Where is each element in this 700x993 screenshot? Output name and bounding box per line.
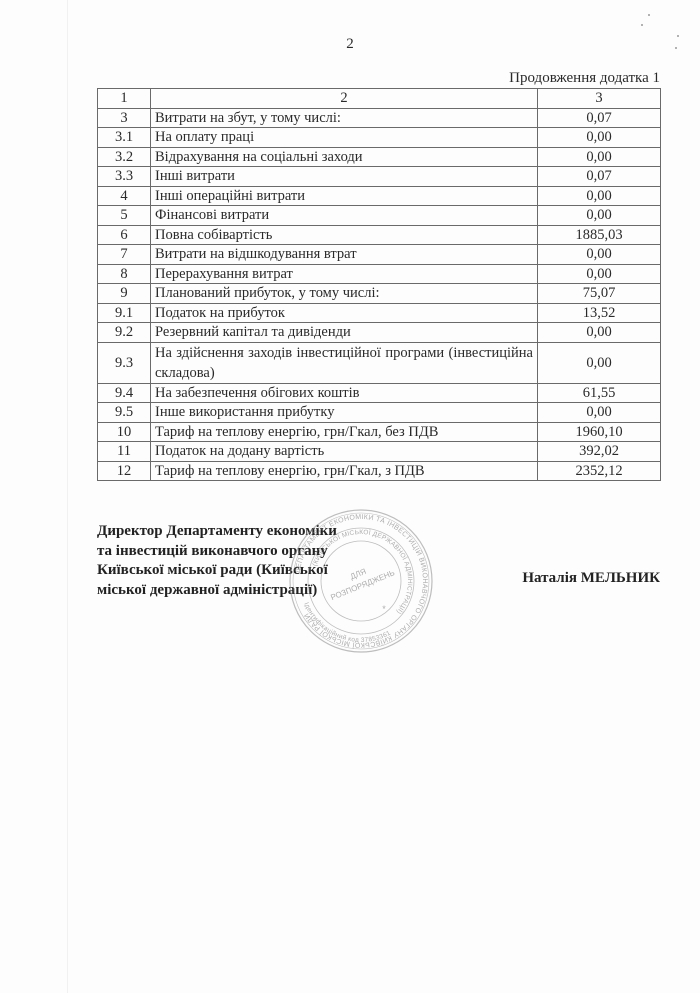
row-description-cell: Перерахування витрат	[151, 264, 538, 284]
column-header-value: 3	[538, 89, 661, 109]
row-value-cell: 0,07	[538, 108, 661, 128]
table-row: 11Податок на додану вартість392,02	[98, 442, 661, 462]
row-number-cell: 9.2	[98, 323, 151, 343]
row-value-cell: 0,07	[538, 167, 661, 187]
signatory-name: Наталія МЕЛЬНИК	[522, 570, 660, 587]
row-description-cell: На забезпечення обігових коштів	[151, 383, 538, 403]
row-description-cell: Резервний капітал та дивіденди	[151, 323, 538, 343]
table-row: 9.4На забезпечення обігових коштів61,55	[98, 383, 661, 403]
row-number-cell: 9	[98, 284, 151, 304]
row-description-cell: На здійснення заходів інвестиційної прог…	[151, 342, 538, 383]
row-number-cell: 12	[98, 461, 151, 481]
scan-speck	[641, 24, 643, 26]
row-description-cell: Фінансові витрати	[151, 206, 538, 226]
table-header-row: 1 2 3	[98, 89, 661, 109]
row-number-cell: 5	[98, 206, 151, 226]
row-number-cell: 4	[98, 186, 151, 206]
row-number-cell: 3	[98, 108, 151, 128]
table-row: 9.3На здійснення заходів інвестиційної п…	[98, 342, 661, 383]
table-row: 6Повна собівартість1885,03	[98, 225, 661, 245]
stamp-star: *	[382, 604, 386, 614]
row-description-cell: Інші витрати	[151, 167, 538, 187]
row-number-cell: 9.3	[98, 342, 151, 383]
row-description-cell: Податок на додану вартість	[151, 442, 538, 462]
row-number-cell: 7	[98, 245, 151, 265]
row-number-cell: 8	[98, 264, 151, 284]
row-value-cell: 2352,12	[538, 461, 661, 481]
row-value-cell: 13,52	[538, 303, 661, 323]
table-row: 4Інші операційні витрати0,00	[98, 186, 661, 206]
stamp-outer-bottom-text: Ідентифікаційний код 37853361	[302, 602, 392, 644]
row-value-cell: 0,00	[538, 342, 661, 383]
column-header-description: 2	[151, 89, 538, 109]
table-row: 3.2Відрахування на соціальні заходи0,00	[98, 147, 661, 167]
row-description-cell: Витрати на збут, у тому числі:	[151, 108, 538, 128]
row-number-cell: 9.5	[98, 403, 151, 423]
table-row: 3.1На оплату праці0,00	[98, 128, 661, 148]
row-value-cell: 0,00	[538, 128, 661, 148]
row-number-cell: 3.1	[98, 128, 151, 148]
table-row: 9Планований прибуток, у тому числі:75,07	[98, 284, 661, 304]
table-row: 8Перерахування витрат0,00	[98, 264, 661, 284]
row-description-cell: Інше використання прибутку	[151, 403, 538, 423]
row-number-cell: 11	[98, 442, 151, 462]
row-number-cell: 10	[98, 422, 151, 442]
table-row: 3.3Інші витрати0,07	[98, 167, 661, 187]
row-description-cell: Повна собівартість	[151, 225, 538, 245]
row-number-cell: 6	[98, 225, 151, 245]
table-row: 12Тариф на теплову енергію, грн/Гкал, з …	[98, 461, 661, 481]
scan-speck	[648, 14, 650, 16]
row-value-cell: 1960,10	[538, 422, 661, 442]
row-value-cell: 1885,03	[538, 225, 661, 245]
row-description-cell: Тариф на теплову енергію, грн/Гкал, без …	[151, 422, 538, 442]
row-value-cell: 0,00	[538, 323, 661, 343]
row-number-cell: 3.2	[98, 147, 151, 167]
tariff-structure-table: 1 2 3 3Витрати на збут, у тому числі:0,0…	[97, 88, 661, 481]
table-row: 10Тариф на теплову енергію, грн/Гкал, бе…	[98, 422, 661, 442]
row-description-cell: Інші операційні витрати	[151, 186, 538, 206]
row-description-cell: На оплату праці	[151, 128, 538, 148]
row-description-cell: Планований прибуток, у тому числі:	[151, 284, 538, 304]
row-description-cell: Податок на прибуток	[151, 303, 538, 323]
row-description-cell: Витрати на відшкодування втрат	[151, 245, 538, 265]
row-value-cell: 0,00	[538, 186, 661, 206]
table-row: 9.5Інше використання прибутку0,00	[98, 403, 661, 423]
row-value-cell: 75,07	[538, 284, 661, 304]
row-number-cell: 3.3	[98, 167, 151, 187]
appendix-continuation-label: Продовження додатка 1	[509, 70, 660, 87]
row-value-cell: 61,55	[538, 383, 661, 403]
table-row: 9.2Резервний капітал та дивіденди0,00	[98, 323, 661, 343]
row-value-cell: 0,00	[538, 264, 661, 284]
row-number-cell: 9.4	[98, 383, 151, 403]
row-number-cell: 9.1	[98, 303, 151, 323]
row-description-cell: Відрахування на соціальні заходи	[151, 147, 538, 167]
row-value-cell: 392,02	[538, 442, 661, 462]
row-value-cell: 0,00	[538, 206, 661, 226]
table-row: 3Витрати на збут, у тому числі:0,07	[98, 108, 661, 128]
table-row: 9.1Податок на прибуток13,52	[98, 303, 661, 323]
table-row: 7Витрати на відшкодування втрат0,00	[98, 245, 661, 265]
row-description-cell: Тариф на теплову енергію, грн/Гкал, з ПД…	[151, 461, 538, 481]
row-value-cell: 0,00	[538, 147, 661, 167]
row-value-cell: 0,00	[538, 403, 661, 423]
row-value-cell: 0,00	[538, 245, 661, 265]
page-number: 2	[0, 36, 700, 53]
official-stamp-icon: ДЕПАРТАМЕНТ ЕКОНОМІКИ ТА ІНВЕСТИЦІЙ ВИКО…	[288, 508, 434, 654]
table-row: 5Фінансові витрати0,00	[98, 206, 661, 226]
scan-edge-line	[67, 0, 68, 993]
column-header-number: 1	[98, 89, 151, 109]
